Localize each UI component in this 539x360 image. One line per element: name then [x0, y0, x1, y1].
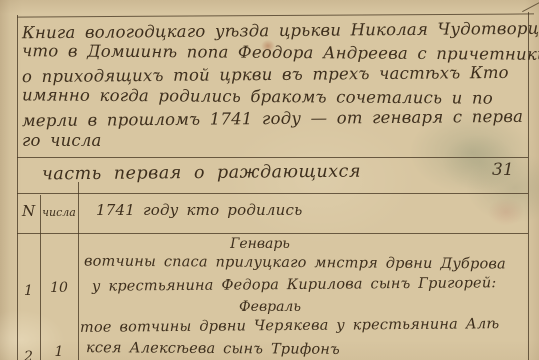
right-border-line [528, 12, 529, 360]
record-2-number: 2 [17, 349, 40, 360]
intro-line-4: имянно когда родились бракомъ сочетались… [22, 85, 493, 107]
col-header-no: N [17, 202, 40, 220]
column-divider-no [40, 195, 41, 360]
section-bottom-line [17, 193, 528, 194]
table-header-line [17, 233, 528, 234]
corner-crease-mark [522, 1, 539, 12]
section-top-line [17, 157, 528, 158]
intro-line-2: что в Домшинѣ попа Феодора Андреева с пр… [22, 41, 539, 64]
intro-line-3: о приходящихъ той цркви въ трехъ частѣхъ… [22, 63, 509, 86]
record-2-line-1: тое вотчины дрвни Черякева у крестьянина… [80, 316, 499, 336]
record-1-line-2: у крестьянина Федора Кирилова сынъ Григо… [92, 275, 497, 295]
left-border-line [17, 15, 18, 360]
record-2-day: 1 [40, 344, 78, 360]
table-main-header: 1741 году кто родились [96, 201, 303, 219]
page-number: 31 [492, 160, 514, 180]
record-1-line-1: вотчины спаса прилуцкаго мнстря дрвни Ду… [84, 254, 506, 273]
record-1-number: 1 [17, 283, 40, 299]
col-header-day: числа [41, 206, 77, 219]
record-2-line-2: ксея Алексѣева сынъ Трифонъ [86, 340, 340, 358]
intro-line-1: Книга вологодцкаго уѣзда црькви Николая … [22, 19, 539, 43]
month-header-february: Февраль [190, 299, 350, 315]
section-title: часть первая о раждающихся [42, 162, 361, 185]
intro-line-5: мерли в прошломъ 1741 году — от генваря … [22, 107, 523, 130]
top-edge-shading [0, 0, 539, 14]
verso-showthrough-stain [430, 125, 530, 200]
manuscript-page: Книга вологодцкаго уѣзда црькви Николая … [0, 0, 539, 360]
top-border-line [17, 13, 534, 17]
record-1-day: 10 [40, 280, 78, 296]
column-divider-day [78, 182, 79, 360]
intro-line-6: го числа [22, 131, 102, 150]
month-header-january: Генварь [180, 236, 340, 252]
